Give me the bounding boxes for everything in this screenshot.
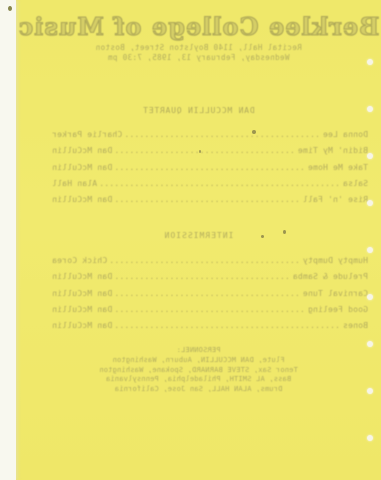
ink-speck [8,6,12,11]
program-row: Bones ..................................… [52,321,368,337]
mirrored-page-content: Berklee College of Music Recital Hall, 1… [16,0,381,480]
dot-leader: ........................................… [115,272,290,281]
punch-hole [367,200,373,206]
punch-hole [367,59,373,65]
piece-title: Humpty Dumpty [303,256,368,265]
piece-title: Carnival Tune [303,289,368,298]
punch-hole [367,341,373,347]
program-row: Good Feeling ...........................… [52,305,368,321]
dot-leader: ........................................… [125,130,320,139]
program-row: Take Me Home ...........................… [52,163,368,179]
punch-hole [367,153,373,159]
composer-name: Chick Corea [52,256,107,265]
dot-leader: ........................................… [115,146,295,155]
composer-name: Dan McCullin [52,289,112,298]
composer-name: Dan McCullin [52,146,112,155]
dot-leader: ........................................… [115,289,300,298]
ink-speck [261,235,264,238]
dot-leader: ........................................… [115,163,305,172]
program-row: Salsa ..................................… [52,179,368,195]
piece-title: Take Me Home [308,163,368,172]
program-row: Carnival Tune ..........................… [52,289,368,305]
personnel-line: Drums, ALAN HALL, San Jose, California [16,385,381,394]
composer-name: Dan McCullin [52,163,112,172]
intermission-label: INTERMISSION [16,231,381,240]
date-line: Wednesday, February 13, 1985, 7:30 pm [16,53,381,62]
program-set-2: Humpty Dumpty ..........................… [52,256,368,337]
personnel-heading: PERSONNEL: [16,346,381,355]
program-set-1: Donna Lee ..............................… [52,130,368,211]
program-row: Prelude & Samba ........................… [52,272,368,288]
program-row: Donna Lee ..............................… [52,130,368,146]
piece-title: Rise 'n' Fall [303,195,368,204]
ink-speck [252,130,256,134]
piece-title: Salsa [343,179,368,188]
piece-title: Donna Lee [323,130,368,139]
ink-speck [283,230,286,234]
dot-leader: ........................................… [100,179,340,188]
program-page: Berklee College of Music Recital Hall, 1… [0,0,381,480]
punch-hole [367,435,373,441]
piece-title: Prelude & Samba [293,272,368,281]
personnel-line: Flute, DAN MCCULLIN, Auburn, Washington [16,356,381,365]
personnel-block: PERSONNEL: Flute, DAN MCCULLIN, Auburn, … [16,346,381,394]
program-row: Rise 'n' Fall ..........................… [52,195,368,211]
institution-logo: Berklee College of Music [16,12,381,41]
punch-hole [367,388,373,394]
ensemble-title: DAN MCCULLIN QUARTET [16,106,381,115]
composer-name: Dan McCullin [52,195,112,204]
venue-line: Recital Hall, 1140 Boylston Street, Bost… [16,43,381,52]
composer-name: Dan McCullin [52,305,112,314]
composer-name: Charlie Parker [52,130,122,139]
piece-title: Bones [343,321,368,330]
program-row: Bidin' My Time .........................… [52,146,368,162]
piece-title: Bidin' My Time [298,146,368,155]
composer-name: Alan Hall [52,179,97,188]
composer-name: Dan McCullin [52,321,112,330]
personnel-line: Tenor Sax, STEVE BARNARD, Spokane, Washi… [16,366,381,375]
dot-leader: ........................................… [110,256,300,265]
punch-hole [367,294,373,300]
personnel-line: Bass, AL SMITH, Philadelphia, Pennsylvan… [16,375,381,384]
dot-leader: ........................................… [115,321,340,330]
program-row: Humpty Dumpty ..........................… [52,256,368,272]
piece-title: Good Feeling [308,305,368,314]
composer-name: Dan McCullin [52,272,112,281]
ink-speck [199,150,201,153]
dot-leader: ........................................… [115,195,300,204]
dot-leader: ........................................… [115,305,305,314]
scanner-edge-strip [0,0,16,480]
punch-hole [367,247,373,253]
punch-hole [367,106,373,112]
